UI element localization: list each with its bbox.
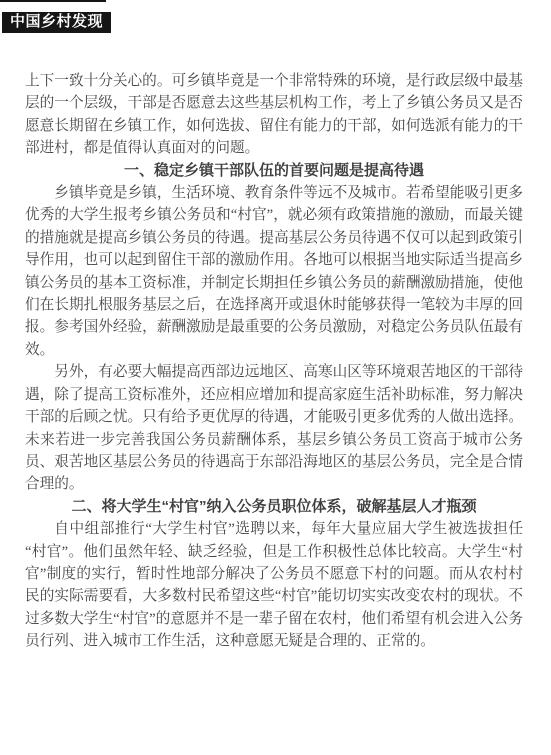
section-2-paragraph-1: 自中组部推行“大学生村官”选聘以来，每年大量应届大学生被选拔担任“村官”。他们虽… xyxy=(25,518,523,652)
section-1-heading: 一、稳定乡镇干部队伍的首要问题是提高待遇 xyxy=(25,160,523,182)
section-1-paragraph-1: 乡镇毕竟是乡镇，生活环境、教育条件等远不及城市。若希望能吸引更多优秀的大学生报考… xyxy=(25,182,523,361)
section-2-heading: 二、将大学生“村官”纳入公务员职位体系，破解基层人才瓶颈 xyxy=(25,496,523,518)
brand-title: 中国乡村发现 xyxy=(10,13,103,30)
scanned-document-page: 中国乡村发现 上下一致十分关心的。可乡镇毕竟是一个非常特殊的环境，是行政层级中最… xyxy=(0,0,551,755)
intro-paragraph: 上下一致十分关心的。可乡镇毕竟是一个非常特殊的环境，是行政层级中最基层的一个层级… xyxy=(25,70,523,160)
article-body: 上下一致十分关心的。可乡镇毕竟是一个非常特殊的环境，是行政层级中最基层的一个层级… xyxy=(25,70,523,653)
section-1-paragraph-2: 另外，有必要大幅提高西部边远地区、高寒山区等环境艰苦地区的干部待遇，除了提高工资… xyxy=(25,361,523,495)
top-rule xyxy=(0,0,106,2)
brand-badge: 中国乡村发现 xyxy=(2,12,111,33)
